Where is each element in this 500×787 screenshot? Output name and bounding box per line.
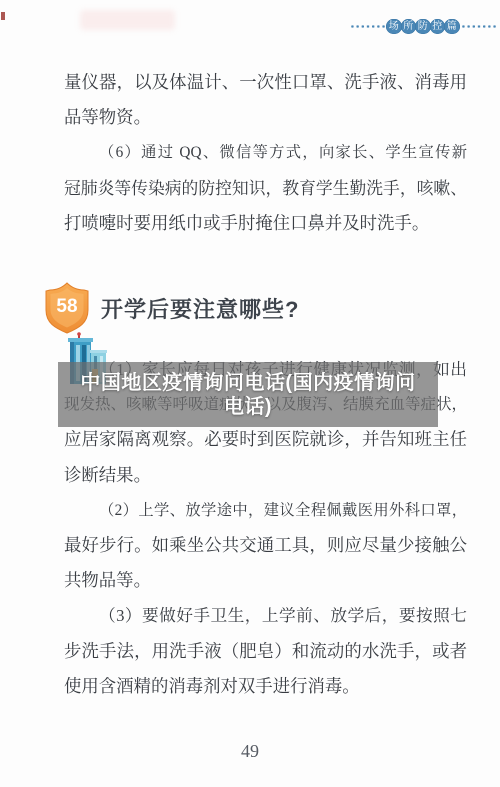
text-line: 使用含酒精的消毒剂对双手进行消毒。 [64,669,467,704]
category-badge-char: 防 [415,19,431,35]
faint-stamp-remnant [80,10,175,30]
text-line: 量仪器，以及体温计、一次性口罩、洗手液、消毒用 [64,65,467,100]
category-badge-char: 控 [430,19,446,35]
category-badge-char: 篇 [444,19,460,35]
text-line: （2）上学、放学途中，建议全程佩戴医用外科口罩， [64,493,467,528]
book-page: 场所防控篇 量仪器，以及体温计、一次性口罩、洗手液、消毒用品等物资。（6）通过 … [0,0,500,787]
phone-info-overlay: 中国地区疫情询问电话(国内疫情询问 电话) [58,362,438,427]
overlay-title-line1: 中国地区疫情询问电话(国内疫情询问 [80,371,415,395]
text-line: 冠肺炎等传染病的防控知识，教育学生勤洗手，咳嗽、 [64,171,467,206]
category-badge-char: 场 [386,19,402,35]
section-header: 58 开学后要注意哪些? [44,282,299,334]
text-line: 步洗手法，用洗手液（肥皂）和流动的水洗手，或者 [64,634,467,669]
section-number: 58 [44,282,90,334]
text-line: （3）要做好手卫生，上学前、放学后，要按照七 [64,598,467,633]
text-line: 诊断结果。 [64,458,467,493]
text-line: 打喷嚏时要用纸巾或手肘掩住口鼻并及时洗手。 [64,206,467,241]
shield-badge-icon: 58 [44,282,90,334]
category-badge-char: 所 [401,19,417,35]
intro-paragraphs: 量仪器，以及体温计、一次性口罩、洗手液、消毒用品等物资。（6）通过 QQ、微信等… [64,65,467,241]
dotted-line-right-icon [462,24,496,29]
category-badge-circles: 场所防控篇 [387,19,460,35]
text-line: 应居家隔离观察。必要时到医院就诊，并告知班主任 [64,422,467,457]
section-title: 开学后要注意哪些? [101,293,299,324]
text-line: 最好步行。如乘坐公共交通工具，则应尽量少接触公 [64,528,467,563]
red-corner-mark [1,12,5,20]
text-line: 品等物资。 [64,100,467,135]
dotted-line-left-icon [351,24,385,29]
overlay-title-line2: 电话) [224,395,272,419]
text-line: （6）通过 QQ、微信等方式，向家长、学生宣传新 [64,135,467,170]
page-number: 49 [0,741,500,762]
category-badge: 场所防控篇 [351,18,496,35]
text-line: 共物品等。 [64,563,467,598]
